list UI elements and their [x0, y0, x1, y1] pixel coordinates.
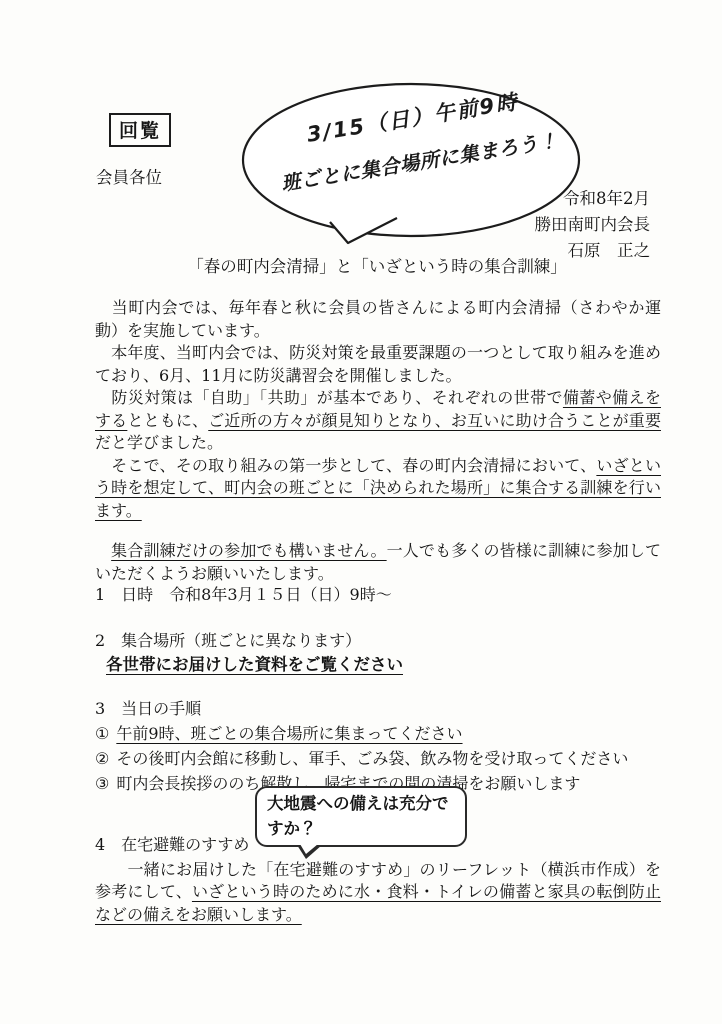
p3-plain: 防災対策は「自助」「共助」が基本であり、それぞれの世帯で	[95, 388, 563, 407]
item-2-note: 各世帯にお届けした資料をご覧ください	[106, 653, 661, 677]
earthquake-callout-bubble: 大地震への備えは充分ですか？	[255, 786, 467, 847]
p5-underlined: 集合訓練だけの参加でも構いません。	[111, 541, 386, 560]
sender-org: 勝田南町内会長	[535, 212, 651, 238]
salutation: 会員各位	[96, 164, 162, 188]
paragraph-2: 本年度、当町内会では、防災対策を最重要課題の一つとして取り組みを進めており、6月…	[95, 342, 661, 387]
item-2-meeting-place: 2 集合場所（班ごとに異なります） 各世帯にお届けした資料をご覧ください	[95, 629, 661, 677]
kairan-stamp: 回覧	[109, 113, 171, 147]
sender-date: 令和8年2月	[535, 186, 651, 212]
paragraph-5: 集合訓練だけの参加でも構いません。一人でも多くの皆様に訓練に参加していただくよう…	[95, 540, 661, 585]
step-2-marker: ②	[95, 749, 109, 768]
item-1-datetime: 1 日時 令和8年3月１５日（日）9時～	[95, 584, 661, 607]
p3-plain-3: だと学びました。	[95, 433, 223, 452]
paragraph-1: 当町内会では、毎年春と秋に会員の皆さんによる町内会清掃（さわやか運動）を実施して…	[95, 297, 661, 342]
p3-plain-2: とともに、	[127, 411, 208, 430]
step-1-marker: ①	[95, 724, 109, 743]
procedure-step-2: ②その後町内会館に移動し、軍手、ごみ袋、飲み物を受け取ってください	[95, 746, 661, 771]
scanned-circular-page: 回覧 会員各位 3/15（日）午前9時 班ごとに集合場所に集まろう！ 令和8年2…	[0, 0, 722, 1024]
paragraph-3: 防災対策は「自助」「共助」が基本であり、それぞれの世帯で備蓄や備えをするとともに…	[95, 387, 661, 455]
p5-indent	[95, 541, 111, 560]
p3-underlined-2: ご近所の方々が顔見知りとなり、お互いに助け合うことが重要	[208, 411, 661, 430]
paragraph-4: そこで、その取り組みの第一歩として、春の町内会清掃において、いざという時を想定し…	[95, 455, 661, 523]
item-3-procedure: 3 当日の手順 ①午前9時、班ごとの集合場所に集まってください ②その後町内会館…	[95, 696, 661, 796]
body-paragraphs: 当町内会では、毎年春と秋に会員の皆さんによる町内会清掃（さわやか運動）を実施して…	[95, 297, 661, 585]
item-4-section: 大地震への備えは充分ですか？ 4 在宅避難のすすめ 一緒にお届けした「在宅避難の…	[95, 786, 661, 926]
document-title: 「春の町内会清掃」と「いざという時の集合訓練」	[95, 253, 659, 277]
item-3-label: 3 当日の手順	[95, 696, 661, 721]
step-1-text: 午前9時、班ごとの集合場所に集まってください	[116, 724, 462, 743]
p4-plain: そこで、その取り組みの第一歩として、春の町内会清掃において、	[95, 456, 596, 475]
item-2-label: 2 集合場所（班ごとに異なります）	[95, 629, 661, 653]
step-2-text: その後町内会館に移動し、軍手、ごみ袋、飲み物を受け取ってください	[116, 749, 628, 768]
procedure-step-1: ①午前9時、班ごとの集合場所に集まってください	[95, 721, 661, 746]
paragraph-6: 一緒にお届けした「在宅避難のすすめ」のリーフレット（横浜市作成）を参考にして、い…	[95, 859, 661, 927]
